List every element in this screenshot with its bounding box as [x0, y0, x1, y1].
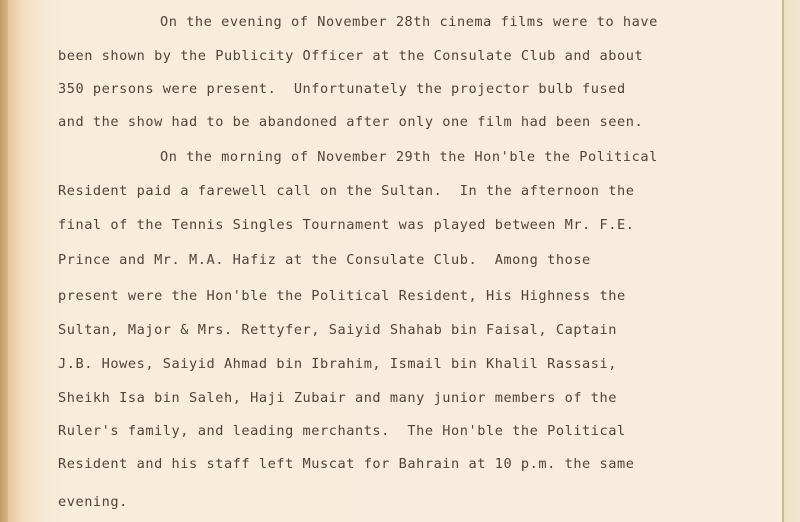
text-line: final of the Tennis Singles Tournament w…	[58, 217, 634, 233]
binding-edge	[0, 0, 8, 522]
text-line: Prince and Mr. M.A. Hafiz at the Consula…	[58, 252, 591, 268]
text-line: Ruler's family, and leading merchants. T…	[58, 423, 626, 439]
text-line: Resident paid a farewell call on the Sul…	[58, 183, 634, 199]
text-line: Resident and his staff left Muscat for B…	[58, 456, 634, 472]
text-line: and the show had to be abandoned after o…	[58, 114, 643, 130]
text-line: Sultan, Major & Mrs. Rettyfer, Saiyid Sh…	[58, 322, 617, 338]
text-line: present were the Hon'ble the Political R…	[58, 288, 626, 304]
typewritten-page: On the evening of November 28th cinema f…	[0, 0, 800, 522]
adjacent-page-edge	[784, 0, 800, 522]
text-line: evening.	[58, 494, 128, 510]
text-line: 350 persons were present. Unfortunately …	[58, 81, 626, 97]
text-line: Sheikh Isa bin Saleh, Haji Zubair and ma…	[58, 390, 617, 406]
text-line: On the morning of November 29th the Hon'…	[160, 149, 658, 165]
text-line: On the evening of November 28th cinema f…	[160, 14, 658, 30]
text-line: been shown by the Publicity Officer at t…	[58, 48, 643, 64]
text-line: J.B. Howes, Saiyid Ahmad bin Ibrahim, Is…	[58, 356, 617, 372]
